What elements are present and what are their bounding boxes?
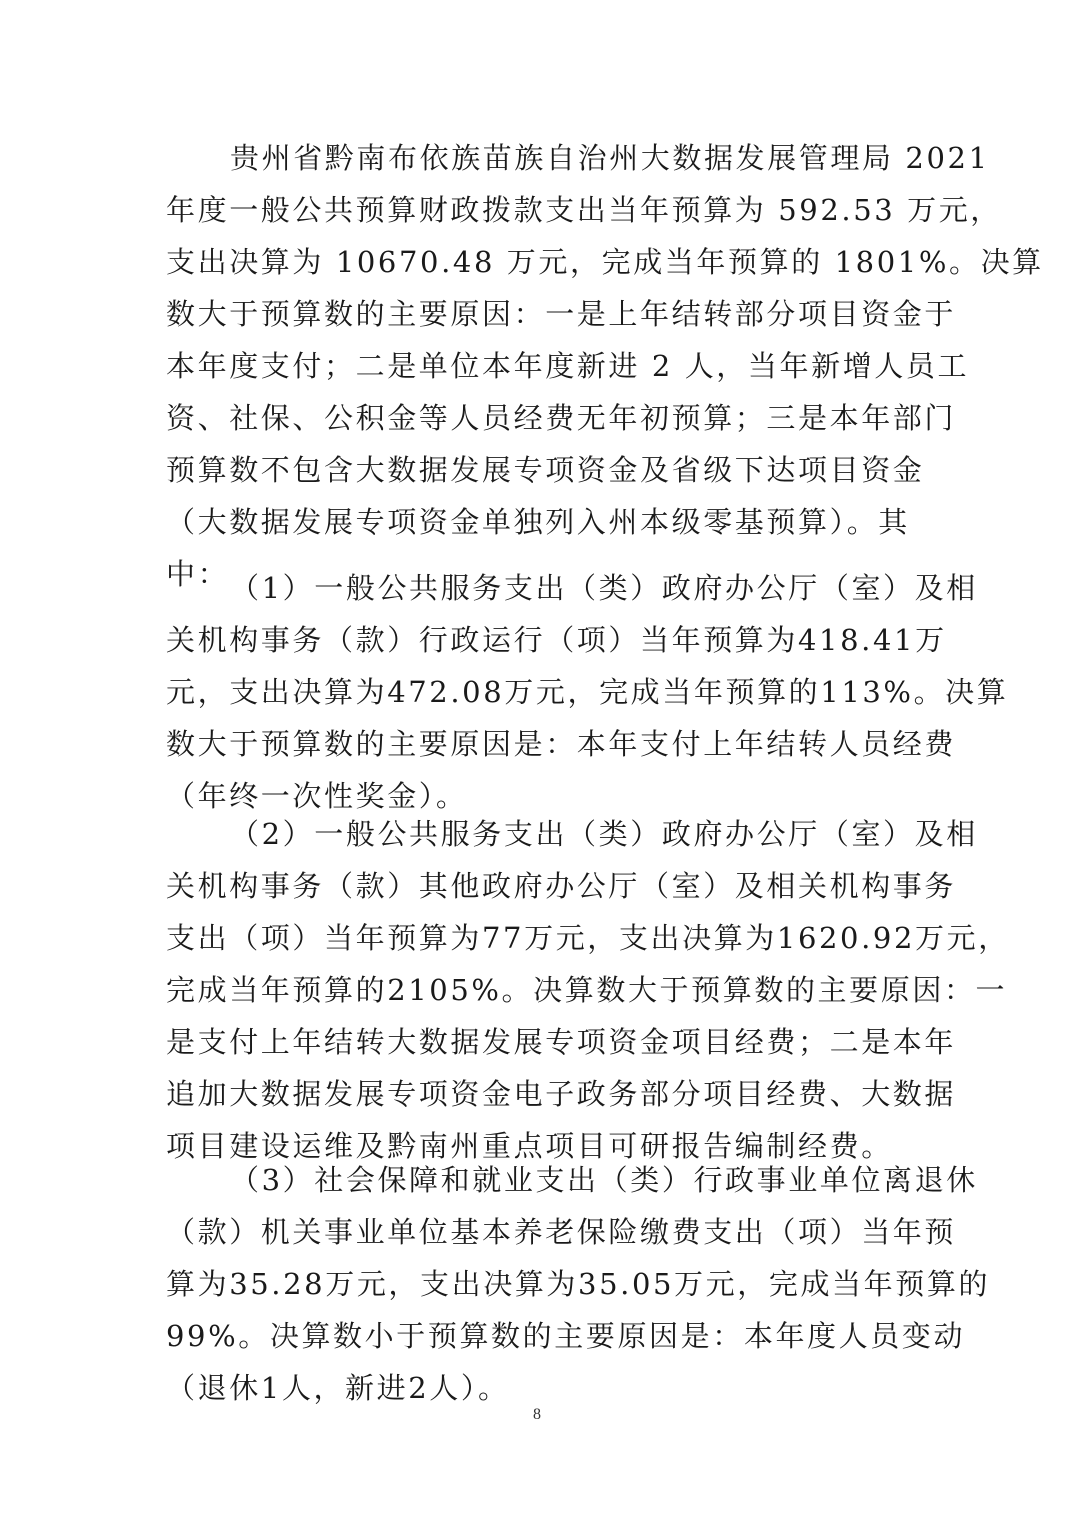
text-line: （大数据发展专项资金单独列入州本级零基预算）。其 [166,496,926,548]
text-line: 99%。决算数小于预算数的主要原因是：本年度人员变动 [166,1310,926,1362]
text-line: 数大于预算数的主要原因是：本年支付上年结转人员经费 [166,718,926,770]
text-line: 支出决算为 10670.48 万元，完成当年预算的 1801%。决算 [166,236,926,288]
text-line: 贵州省黔南布依族苗族自治州大数据发展管理局 2021 [166,132,926,184]
paragraph-item-2: （2）一般公共服务支出（类）政府办公厅（室）及相 关机构事务（款）其他政府办公厅… [166,808,926,1172]
paragraph-item-1: （1）一般公共服务支出（类）政府办公厅（室）及相 关机构事务（款）行政运行（项）… [166,562,926,822]
text-line: 关机构事务（款）行政运行（项）当年预算为418.41万 [166,614,926,666]
text-line: （2）一般公共服务支出（类）政府办公厅（室）及相 [166,808,926,860]
text-line: 资、社保、公积金等人员经费无年初预算；三是本年部门 [166,392,926,444]
text-line: 支出（项）当年预算为77万元，支出决算为1620.92万元， [166,912,926,964]
paragraph-summary: 贵州省黔南布依族苗族自治州大数据发展管理局 2021 年度一般公共预算财政拨款支… [166,132,926,600]
text-line: （3）社会保障和就业支出（类）行政事业单位离退休 [166,1154,926,1206]
text-line: 关机构事务（款）其他政府办公厅（室）及相关机构事务 [166,860,926,912]
text-line: 是支付上年结转大数据发展专项资金项目经费；二是本年 [166,1016,926,1068]
text-line: （款）机关事业单位基本养老保险缴费支出（项）当年预 [166,1206,926,1258]
text-line: 数大于预算数的主要原因：一是上年结转部分项目资金于 [166,288,926,340]
paragraph-item-3: （3）社会保障和就业支出（类）行政事业单位离退休 （款）机关事业单位基本养老保险… [166,1154,926,1414]
page-number: 8 [0,1406,1074,1424]
text-line: 追加大数据发展专项资金电子政务部分项目经费、大数据 [166,1068,926,1120]
document-page: 贵州省黔南布依族苗族自治州大数据发展管理局 2021 年度一般公共预算财政拨款支… [0,0,1074,1520]
text-line: 完成当年预算的2105%。决算数大于预算数的主要原因：一 [166,964,926,1016]
text-line: 元，支出决算为472.08万元，完成当年预算的113%。决算 [166,666,926,718]
text-line: 本年度支付；二是单位本年度新进 2 人，当年新增人员工 [166,340,926,392]
text-line: （1）一般公共服务支出（类）政府办公厅（室）及相 [166,562,926,614]
text-line: 预算数不包含大数据发展专项资金及省级下达项目资金 [166,444,926,496]
text-line: 年度一般公共预算财政拨款支出当年预算为 592.53 万元， [166,184,926,236]
text-line: 算为35.28万元，支出决算为35.05万元，完成当年预算的 [166,1258,926,1310]
